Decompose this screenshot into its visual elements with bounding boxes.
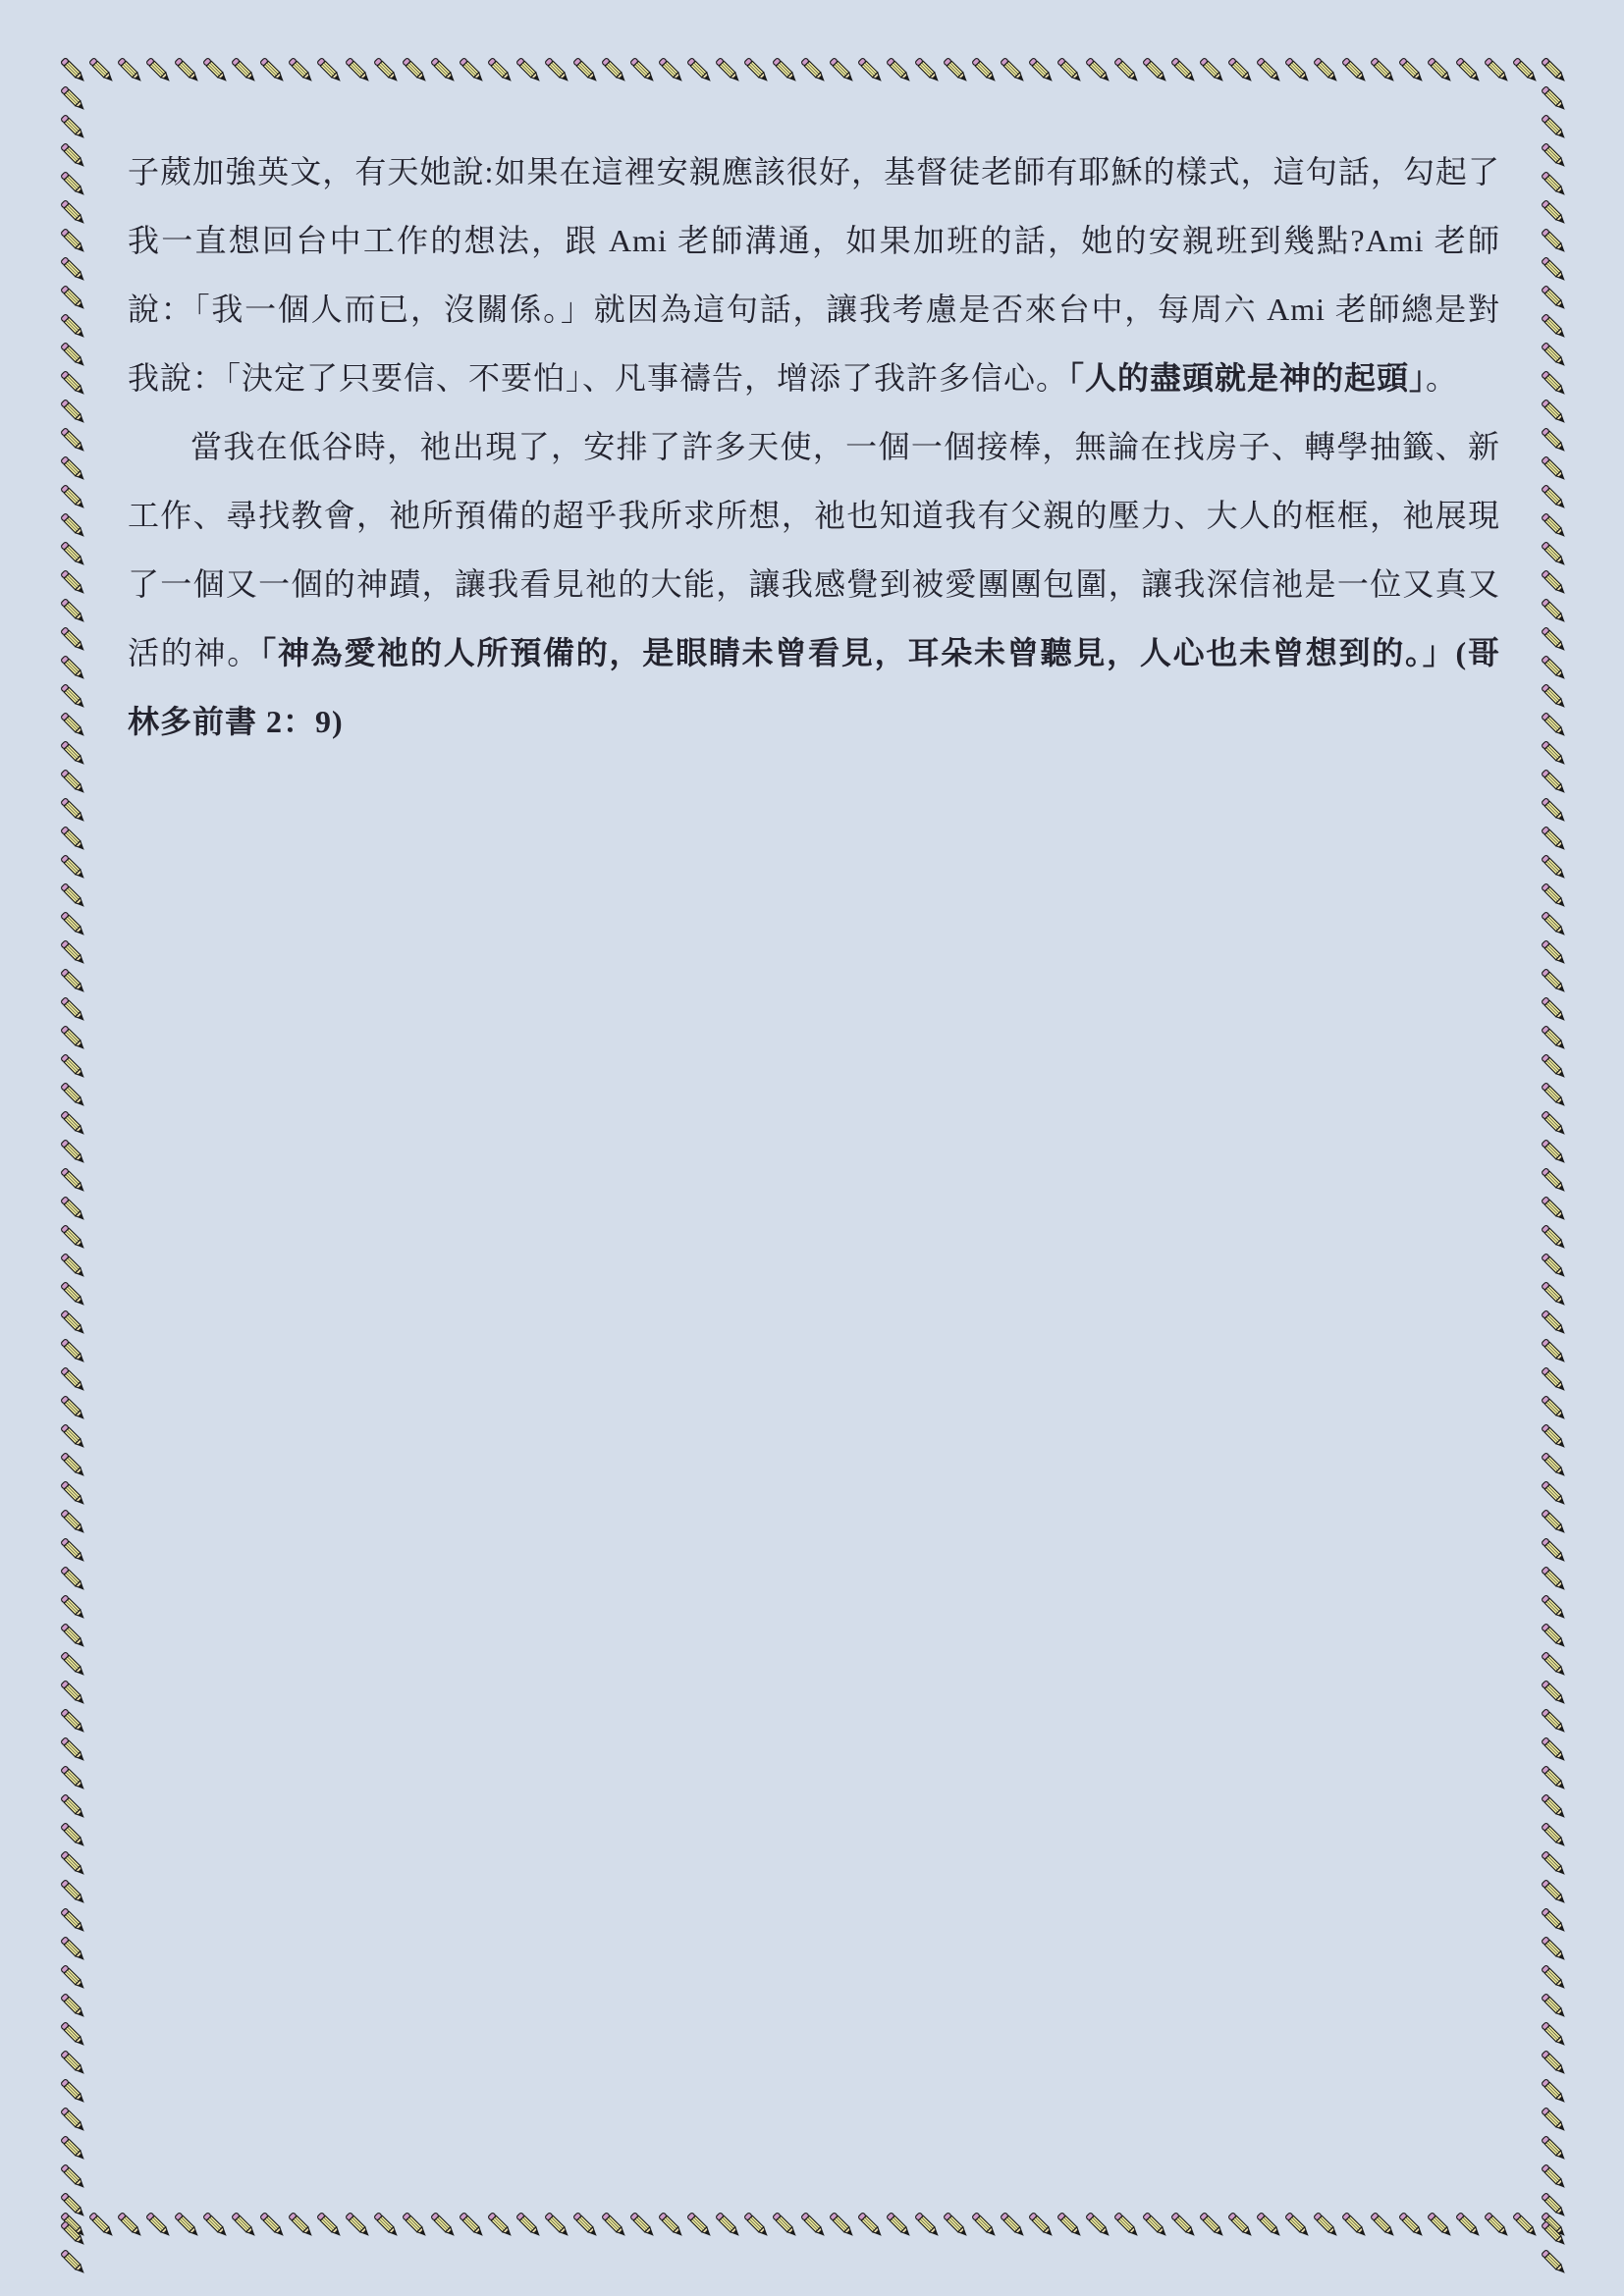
pencil-icon	[1538, 2246, 1571, 2279]
pencil-icon	[57, 2246, 90, 2279]
document-page: 子葳加強英文，有天她說:如果在這裡安親應該很好，基督徒老師有耶穌的樣式，這句話，…	[0, 0, 1624, 2296]
text-segment: 「人的盡頭就是神的起頭」	[1068, 360, 1426, 396]
paragraph: 子葳加強英文，有天她說:如果在這裡安親應該很好，基督徒老師有耶穌的樣式，這句話，…	[128, 137, 1500, 412]
text-segment: 「神為愛祂的人所預備的，是眼睛未曾看見，耳朵未曾聽見，人心也未曾想到的。」(哥林…	[128, 635, 1500, 739]
text-segment: 。	[1426, 360, 1458, 396]
document-body: 子葳加強英文，有天她說:如果在這裡安親應該很好，基督徒老師有耶穌的樣式，這句話，…	[128, 137, 1500, 2139]
paragraph: 當我在低谷時，祂出現了，安排了許多天使，一個一個接棒，無論在找房子、轉學抽籤、新…	[128, 412, 1500, 756]
